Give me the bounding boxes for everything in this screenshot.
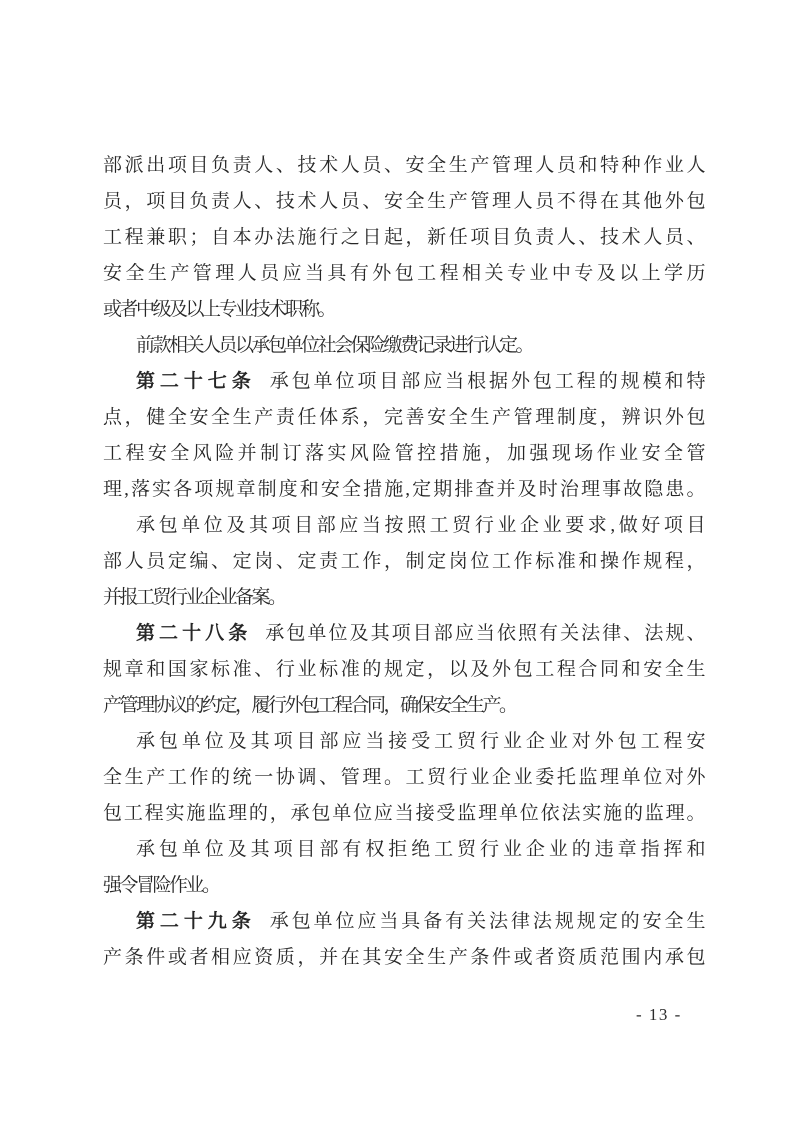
text-line: 部派出项目负责人、技术人员、安全生产管理人员和特种作业人 bbox=[103, 148, 703, 184]
text-line: 或者中级及以上专业技术职称。 bbox=[103, 292, 703, 328]
article-number: 第二十八条 bbox=[136, 623, 251, 644]
text-line: 前款相关人员以承包单位社会保险缴费记录进行认定。 bbox=[103, 328, 703, 364]
scanned-document-page: 部派出项目负责人、技术人员、安全生产管理人员和特种作业人 员，项目负责人、技术人… bbox=[0, 0, 793, 1121]
text-line: 强令冒险作业。 bbox=[103, 868, 703, 904]
text-line: 产条件或者相应资质，并在其安全生产条件或者资质范围内承包 bbox=[103, 940, 703, 976]
text-line: 承包单位及其项目部有权拒绝工贸行业企业的违章指挥和 bbox=[103, 832, 703, 868]
text-line: 并报工贸行业企业备案。 bbox=[103, 580, 703, 616]
text-line: 安全生产管理人员应当具有外包工程相关专业中专及以上学历 bbox=[103, 256, 703, 292]
text-line: 点，健全安全生产责任体系，完善安全生产管理制度，辨识外包 bbox=[103, 400, 703, 436]
article-text: 承包单位应当具备有关法律法规规定的安全生 bbox=[270, 911, 703, 932]
article-29-line: 第二十九条承包单位应当具备有关法律法规规定的安全生 bbox=[103, 904, 703, 940]
article-27-line: 第二十七条承包单位项目部应当根据外包工程的规模和特 bbox=[103, 364, 703, 400]
text-line: 员，项目负责人、技术人员、安全生产管理人员不得在其他外包 bbox=[103, 184, 703, 220]
text-line: 工程安全风险并制订落实风险管控措施，加强现场作业安全管 bbox=[103, 436, 703, 472]
text-line: 部人员定编、定岗、定责工作，制定岗位工作标准和操作规程， bbox=[103, 544, 703, 580]
document-body: 部派出项目负责人、技术人员、安全生产管理人员和特种作业人 员，项目负责人、技术人… bbox=[103, 148, 703, 976]
article-number: 第二十七条 bbox=[136, 371, 256, 392]
page-number: - 13 - bbox=[636, 1003, 682, 1027]
text-line: 规章和国家标准、行业标准的规定，以及外包工程合同和安全生 bbox=[103, 652, 703, 688]
article-text: 承包单位项目部应当根据外包工程的规模和特 bbox=[270, 371, 703, 392]
article-text: 承包单位及其项目部应当依照有关法律、法规、 bbox=[265, 623, 703, 644]
text-line: 产管理协议的约定，履行外包工程合同，确保安全生产。 bbox=[103, 688, 703, 724]
article-number: 第二十九条 bbox=[136, 911, 256, 932]
text-line: 全生产工作的统一协调、管理。工贸行业企业委托监理单位对外 bbox=[103, 760, 703, 796]
text-line: 包工程实施监理的，承包单位应当接受监理单位依法实施的监理。 bbox=[103, 796, 703, 832]
article-28-line: 第二十八条承包单位及其项目部应当依照有关法律、法规、 bbox=[103, 616, 703, 652]
text-line: 工程兼职；自本办法施行之日起，新任项目负责人、技术人员、 bbox=[103, 220, 703, 256]
text-line: 理,落实各项规章制度和安全措施,定期排查并及时治理事故隐患。 bbox=[103, 472, 703, 508]
text-line: 承包单位及其项目部应当按照工贸行业企业要求,做好项目 bbox=[103, 508, 703, 544]
text-line: 承包单位及其项目部应当接受工贸行业企业对外包工程安 bbox=[103, 724, 703, 760]
